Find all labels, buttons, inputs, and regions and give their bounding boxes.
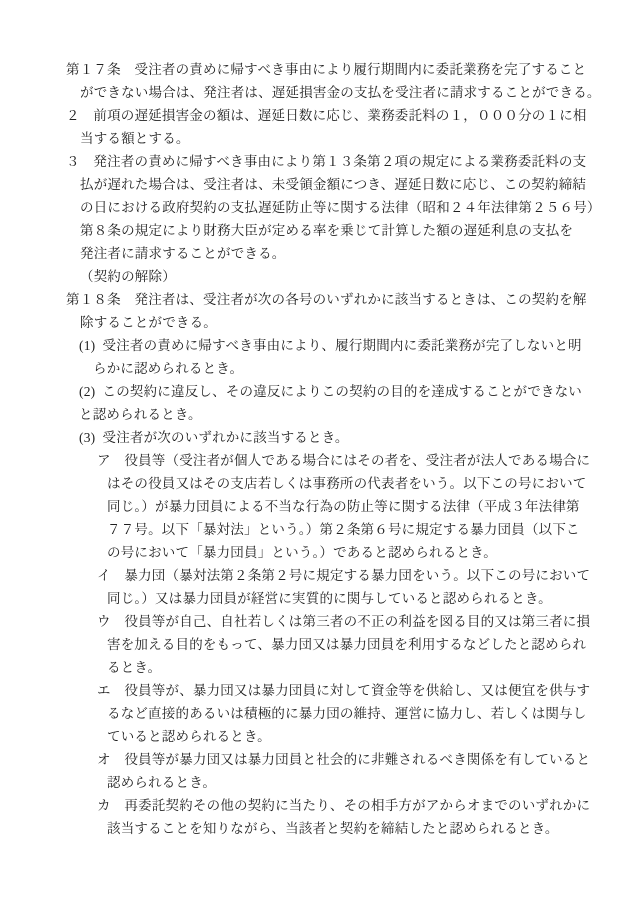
document-line: ウ 役員等が自己、自社若しくは第三者の不正の利益を図る目的又は第三者に損 [97, 610, 590, 633]
document-line: 同じ。）又は暴力団員が経営に実質的に関与していると認められるとき。 [107, 587, 590, 610]
document-line: ていると認められるとき。 [107, 725, 590, 748]
document-line: ができない場合は、発注者は、遅延損害金の支払を受注者に請求することができる。 [80, 81, 590, 104]
document-line: らかに認められるとき。 [93, 357, 590, 380]
document-line: 第１７条 受注者の責めに帰すべき事由により履行期間内に委託業務を完了すること [66, 58, 590, 81]
document-line: 認められるとき。 [107, 771, 590, 794]
document-line: (1) 受注者の責めに帰すべき事由により、履行期間内に委託業務が完了しないと明 [79, 334, 590, 357]
document-page: 第１７条 受注者の責めに帰すべき事由により履行期間内に委託業務を完了することがで… [0, 0, 630, 903]
document-line: 除することができる。 [80, 311, 590, 334]
document-line: オ 役員等が暴力団又は暴力団員と社会的に非難されるべき関係を有していると [97, 748, 590, 771]
document-line: （契約の解除） [80, 265, 590, 288]
document-line: 同じ。）が暴力団員による不当な行為の防止等に関する法律（平成３年法律第 [107, 495, 590, 518]
document-line: と認められるとき。 [79, 403, 590, 426]
document-line: エ 役員等が、暴力団又は暴力団員に対して資金等を供給し、又は便宜を供与す [97, 679, 590, 702]
document-line: 該当することを知りながら、当該者と契約を締結したと認められるとき。 [107, 817, 590, 840]
document-line: 第８条の規定により財務大臣が定める率を乗じて計算した額の遅延利息の支払を [80, 219, 590, 242]
contract-text: 第１７条 受注者の責めに帰すべき事由により履行期間内に委託業務を完了することがで… [66, 58, 590, 840]
document-line: 当する額とする。 [80, 127, 590, 150]
document-line: ３ 発注者の責めに帰すべき事由により第１３条第２項の規定による業務委託料の支 [66, 150, 590, 173]
document-line: 害を加える目的をもって、暴力団又は暴力団員を利用するなどしたと認められ [107, 633, 590, 656]
document-line: るなど直接的あるいは積極的に暴力団の維持、運営に協力し、若しくは関与し [107, 702, 590, 725]
document-line: ア 役員等（受注者が個人である場合にはその者を、受注者が法人である場合に [97, 449, 590, 472]
document-line: (3) 受注者が次のいずれかに該当するとき。 [79, 426, 590, 449]
document-line: (2) この契約に違反し、その違反によりこの契約の目的を達成することができない [79, 380, 590, 403]
document-line: カ 再委託契約その他の契約に当たり、その相手方がアからオまでのいずれかに [97, 794, 590, 817]
document-line: 発注者に請求することができる。 [80, 242, 590, 265]
document-line: 第１８条 発注者は、受注者が次の各号のいずれかに該当するときは、この契約を解 [66, 288, 590, 311]
document-line: 払が遅れた場合は、受注者は、未受領金額につき、遅延日数に応じ、この契約締結 [80, 173, 590, 196]
document-line: イ 暴力団（暴対法第２条第２号に規定する暴力団をいう。以下この号において [97, 564, 590, 587]
document-line: ７７号。以下「暴対法」という。）第２条第６号に規定する暴力団員（以下こ [107, 518, 590, 541]
document-line: はその役員又はその支店若しくは事務所の代表者をいう。以下この号において [107, 472, 590, 495]
document-line: ２ 前項の遅延損害金の額は、遅延日数に応じ、業務委託料の１，０００分の１に相 [66, 104, 590, 127]
document-line: るとき。 [107, 656, 590, 679]
document-line: の号において「暴力団員」という。）であると認められるとき。 [107, 541, 590, 564]
document-line: の日における政府契約の支払遅延防止等に関する法律（昭和２４年法律第２５６号） [80, 196, 590, 219]
